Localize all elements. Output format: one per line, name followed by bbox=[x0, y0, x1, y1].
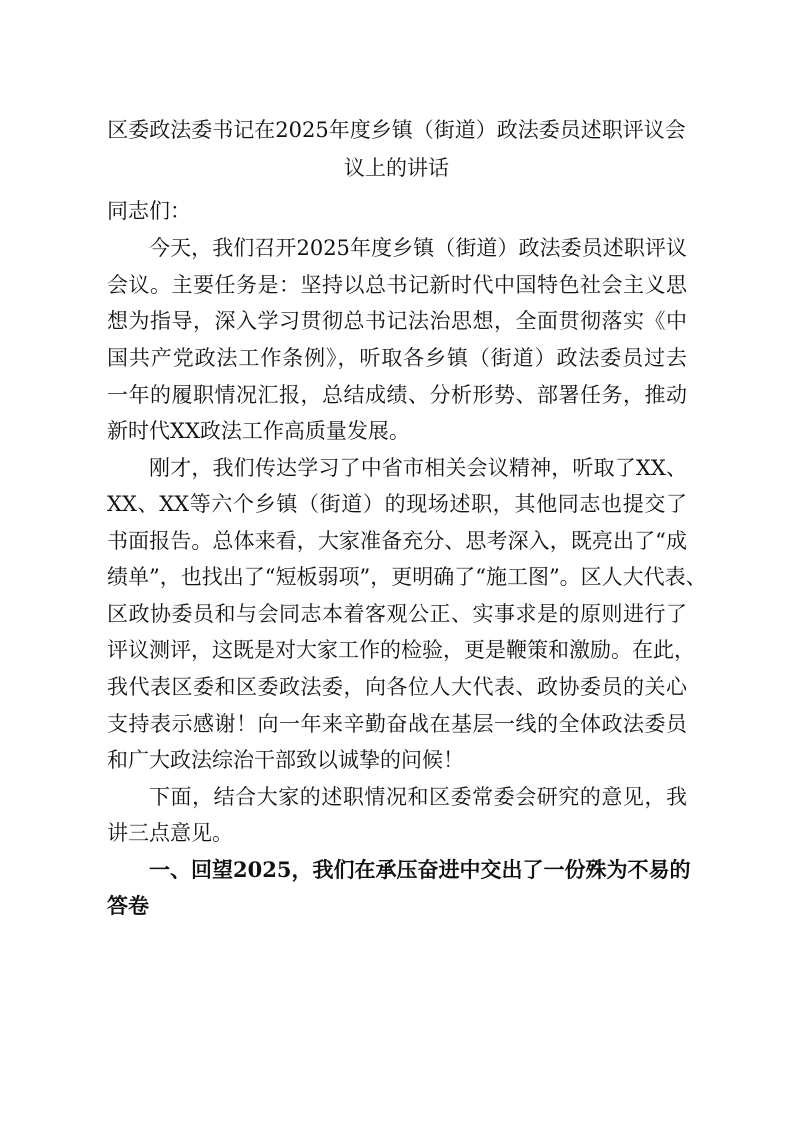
paragraph-line: 今天，我们召开2025年度乡镇（街道）政法委员述职评议 bbox=[149, 233, 687, 263]
paragraph-line: 新时代XX政法工作高质量发展。 bbox=[107, 416, 687, 446]
paragraph-line: 我代表区委和区委政法委，向各位人大代表、政协委员的关心 bbox=[107, 672, 687, 702]
paragraph-line: 支持表示感谢！向一年来辛勤奋战在基层一线的全体政法委员 bbox=[107, 709, 687, 739]
paragraph-line: 想为指导，深入学习贯彻总书记法治思想，全面贯彻落实《中 bbox=[107, 306, 687, 336]
paragraph-line: 下面，结合大家的述职情况和区委常委会研究的意见，我 bbox=[149, 782, 687, 812]
document-title-line-2: 议上的讲话 bbox=[100, 153, 693, 183]
paragraph-line: 区政协委员和与会同志本着客观公正、实事求是的原则进行了 bbox=[107, 599, 687, 629]
paragraph-line: 书面报告。总体来看，大家准备充分、思考深入，既亮出了“成 bbox=[107, 526, 687, 556]
paragraph-line: XX、XX等六个乡镇（街道）的现场述职，其他同志也提交了 bbox=[107, 489, 687, 519]
paragraph-line: 国共产党政法工作条例》，听取各乡镇（街道）政法委员过去 bbox=[107, 343, 687, 373]
section-heading-line: 一、回望2025，我们在承压奋进中交出了一份殊为不易的 bbox=[149, 855, 687, 885]
paragraph-line: 刚才，我们传达学习了中省市相关会议精神，听取了XX、 bbox=[149, 453, 687, 483]
paragraph-line: 评议测评，这既是对大家工作的检验，更是鞭策和激励。在此， bbox=[107, 635, 687, 665]
document-page: 区委政法委书记在2025年度乡镇（街道）政法委员述职评议会 议上的讲话 同志们：… bbox=[0, 0, 793, 1122]
paragraph-line: 会议。主要任务是：坚持以总书记新时代中国特色社会主义思 bbox=[107, 270, 687, 300]
paragraph-line: 一年的履职情况汇报，总结成绩、分析形势、部署任务，推动 bbox=[107, 380, 687, 410]
section-heading-line: 答卷 bbox=[107, 891, 687, 921]
paragraph-line: 和广大政法综治干部致以诚挚的问候！ bbox=[107, 745, 687, 775]
paragraph-line: 绩单”，也找出了“短板弱项”，更明确了“施工图”。区人大代表、 bbox=[107, 562, 687, 592]
document-title-line-1: 区委政法委书记在2025年度乡镇（街道）政法委员述职评议会 bbox=[100, 115, 693, 145]
paragraph-line: 讲三点意见。 bbox=[107, 818, 687, 848]
salutation: 同志们： bbox=[107, 196, 687, 226]
